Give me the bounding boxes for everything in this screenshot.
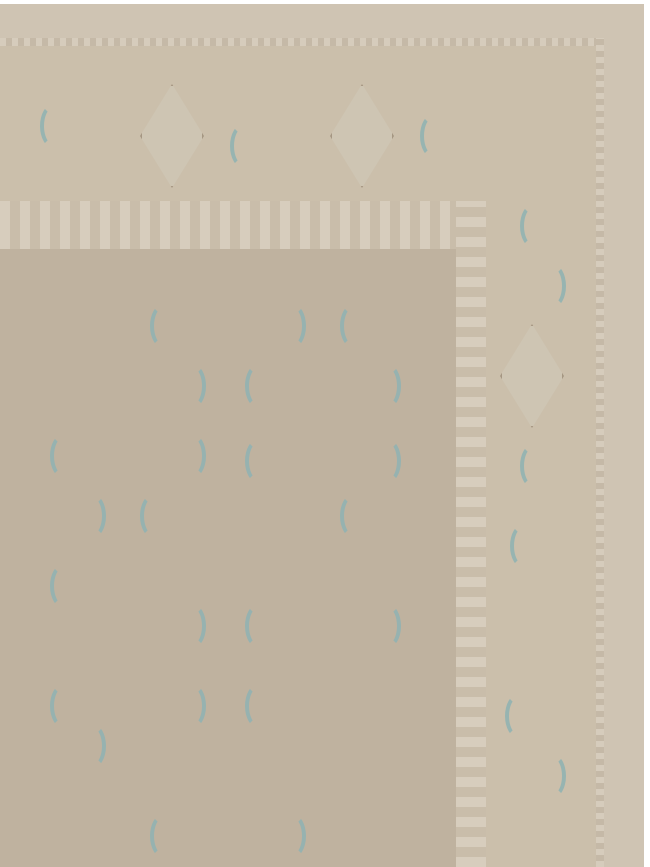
blue-leaf-motif bbox=[180, 684, 206, 728]
blue-leaf-motif bbox=[280, 814, 306, 858]
blue-leaf-motif bbox=[245, 364, 271, 408]
inner-guard-right bbox=[456, 201, 486, 867]
blue-leaf-motif bbox=[50, 434, 76, 478]
blue-leaf-motif bbox=[245, 604, 271, 648]
blue-leaf-motif bbox=[180, 434, 206, 478]
inner-guard-top bbox=[0, 201, 486, 249]
blue-leaf-motif bbox=[420, 114, 446, 158]
blue-leaf-motif bbox=[340, 304, 366, 348]
blue-leaf-motif bbox=[520, 444, 546, 488]
rug-photo bbox=[0, 4, 644, 867]
blue-leaf-motif bbox=[80, 724, 106, 768]
blue-leaf-motif bbox=[180, 604, 206, 648]
rug-field bbox=[0, 249, 456, 867]
blue-leaf-motif bbox=[150, 814, 176, 858]
blue-leaf-motif bbox=[50, 684, 76, 728]
blue-leaf-motif bbox=[40, 104, 66, 148]
blue-leaf-motif bbox=[540, 754, 566, 798]
blue-leaf-motif bbox=[510, 524, 536, 568]
blue-leaf-motif bbox=[180, 364, 206, 408]
blue-leaf-motif bbox=[375, 439, 401, 483]
outer-guard-right bbox=[596, 38, 604, 867]
blue-leaf-motif bbox=[540, 264, 566, 308]
blue-leaf-motif bbox=[375, 604, 401, 648]
blue-leaf-motif bbox=[80, 494, 106, 538]
blue-leaf-motif bbox=[230, 124, 256, 168]
blue-leaf-motif bbox=[375, 364, 401, 408]
blue-leaf-motif bbox=[520, 204, 546, 248]
blue-leaf-motif bbox=[245, 439, 271, 483]
blue-leaf-motif bbox=[245, 684, 271, 728]
blue-leaf-motif bbox=[140, 494, 166, 538]
blue-leaf-motif bbox=[505, 694, 531, 738]
blue-leaf-motif bbox=[280, 304, 306, 348]
blue-leaf-motif bbox=[340, 494, 366, 538]
blue-leaf-motif bbox=[150, 304, 176, 348]
outer-guard-top bbox=[0, 38, 604, 46]
blue-leaf-motif bbox=[50, 564, 76, 608]
